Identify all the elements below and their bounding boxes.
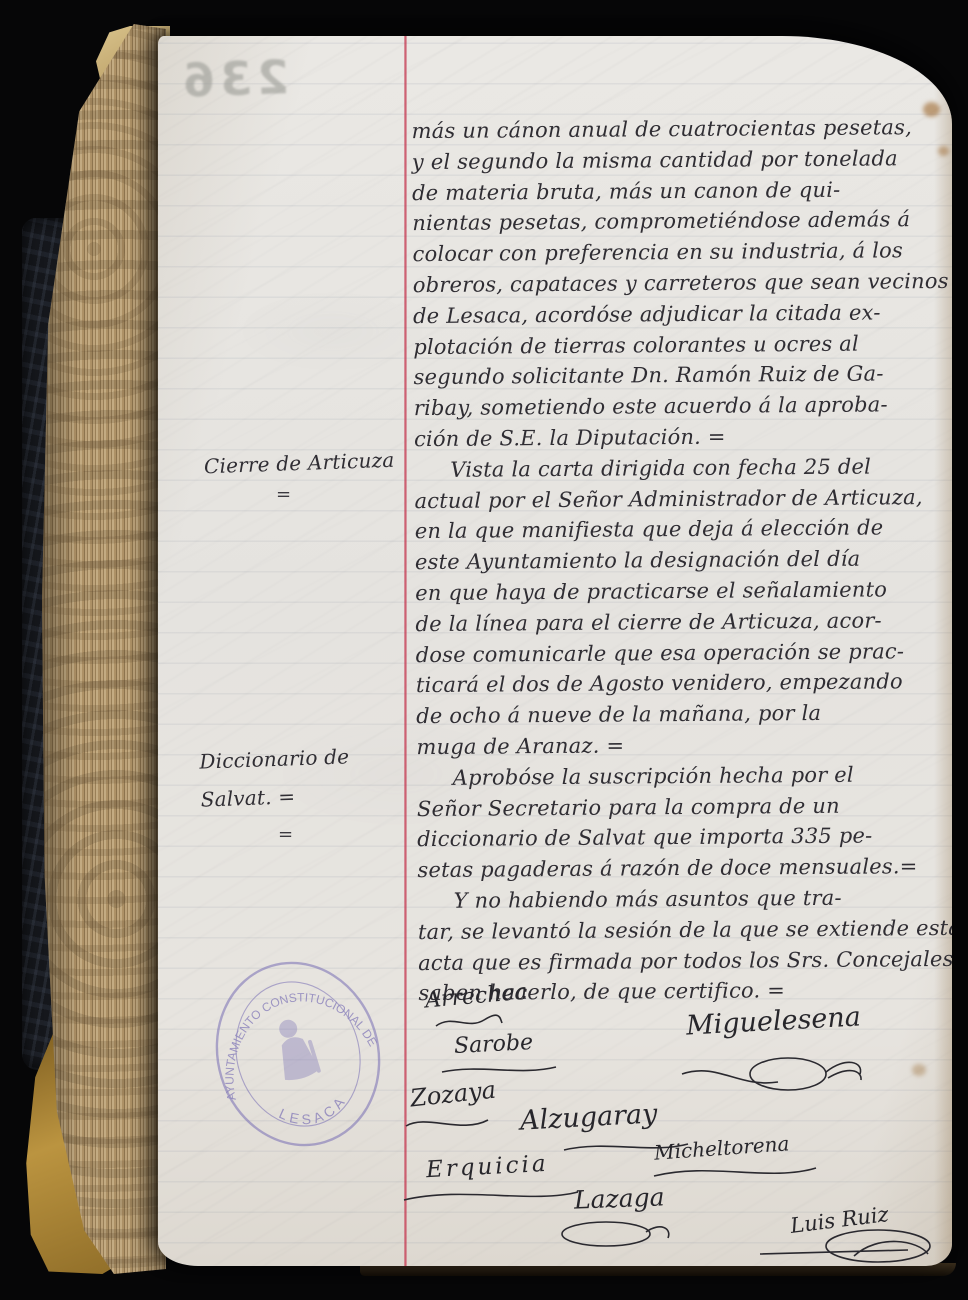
signature-rubric <box>434 1014 504 1032</box>
manuscript-line: setas pagaderas á razón de doce mensuale… <box>417 851 952 886</box>
manuscript-line: ribay, sometiendo este acuerdo á la apro… <box>414 389 950 424</box>
stamp-figure <box>268 1015 321 1084</box>
manuscript-line: colocar con preferencia en su industria,… <box>412 235 948 270</box>
equals-mark: = <box>278 824 293 845</box>
signature-lazaga: Lazaga <box>574 1182 665 1214</box>
manuscript-line: y el segundo la misma cantidad por tonel… <box>412 143 948 178</box>
manuscript-line: plotación de tierras colorantes u ocres … <box>413 327 949 362</box>
manuscript-page: 236 Cierre de Articuza = Diccionario de … <box>158 36 952 1266</box>
manuscript-line: dose comunicarle que esa operación se pr… <box>416 635 952 670</box>
manuscript-line: en la que manifiesta que deja á elección… <box>415 512 951 547</box>
manuscript-line: Aprobóse la suscripción hecha por el <box>417 759 952 794</box>
page-edge-stack <box>42 24 166 1274</box>
manuscript-line: de ocho á nueve de la mañana, por la <box>416 697 952 732</box>
signature-rubric <box>650 1160 820 1184</box>
signature-rubric <box>402 1112 492 1134</box>
manuscript-line: de la línea para el cierre de Articuza, … <box>415 605 951 640</box>
paper-stain <box>912 1064 926 1076</box>
margin-note-line: Diccionario de <box>199 737 350 780</box>
manuscript-line: tar, se levantó la sesión de la que se e… <box>418 913 952 948</box>
margin-note-line: Salvat. = <box>200 775 351 818</box>
manuscript-line: ticará el dos de Agosto venidero, empeza… <box>416 666 952 701</box>
manuscript-line: más un cánon anual de cuatrocientas pese… <box>412 112 948 147</box>
manuscript-line: diccionario de Salvat que importa 335 pe… <box>417 820 952 855</box>
signature-rubric <box>440 1062 560 1078</box>
manuscript-body: más un cánon anual de cuatrocientas pese… <box>412 112 952 1009</box>
manuscript-line: obreros, capataces y carreteros que sean… <box>413 266 949 301</box>
manuscript-line: actual por el Señor Administrador de Art… <box>414 481 950 516</box>
bleedthrough-page-number: 236 <box>177 50 290 108</box>
manuscript-line: este Ayuntamiento la designación del día <box>415 543 951 578</box>
signature-rubric <box>678 1044 868 1094</box>
scanned-book-photo: 236 Cierre de Articuza = Diccionario de … <box>0 0 968 1300</box>
manuscript-line: en que haya de practicarse el señalamien… <box>415 574 951 609</box>
signature-rubric <box>556 1218 676 1252</box>
manuscript-line: acta que es firmada por todos los Srs. C… <box>418 943 952 978</box>
manuscript-line: Señor Secretario para la compra de un <box>417 789 952 824</box>
stamp-arc-bottom-text: LESACA <box>273 1086 354 1137</box>
manuscript-line: segundo solicitante Dn. Ramón Ruiz de Ga… <box>413 358 949 393</box>
manuscript-line: Y no habiendo más asuntos que tra- <box>418 882 952 917</box>
svg-text:LESACA: LESACA <box>273 1086 354 1137</box>
manuscript-line: ción de S.E. la Diputación. = <box>414 420 950 455</box>
manuscript-line: de Lesaca, acordóse adjudicar la citada … <box>413 297 949 332</box>
margin-note-cierre: Cierre de Articuza <box>203 441 395 486</box>
signature-rubric <box>402 1186 582 1206</box>
manuscript-line: nientas pesetas, comprometiéndose además… <box>412 204 948 239</box>
manuscript-line: de materia bruta, más un canon de qui- <box>412 174 948 209</box>
manuscript-line: Vista la carta dirigida con fecha 25 del <box>414 451 950 486</box>
signature-sarobe: Sarobe <box>453 1030 533 1059</box>
margin-note-diccionario: Diccionario de Salvat. = <box>199 737 351 818</box>
manuscript-line: muga de Aranaz. = <box>416 728 952 763</box>
signature-rubric <box>758 1226 938 1266</box>
equals-mark: = <box>276 484 291 505</box>
